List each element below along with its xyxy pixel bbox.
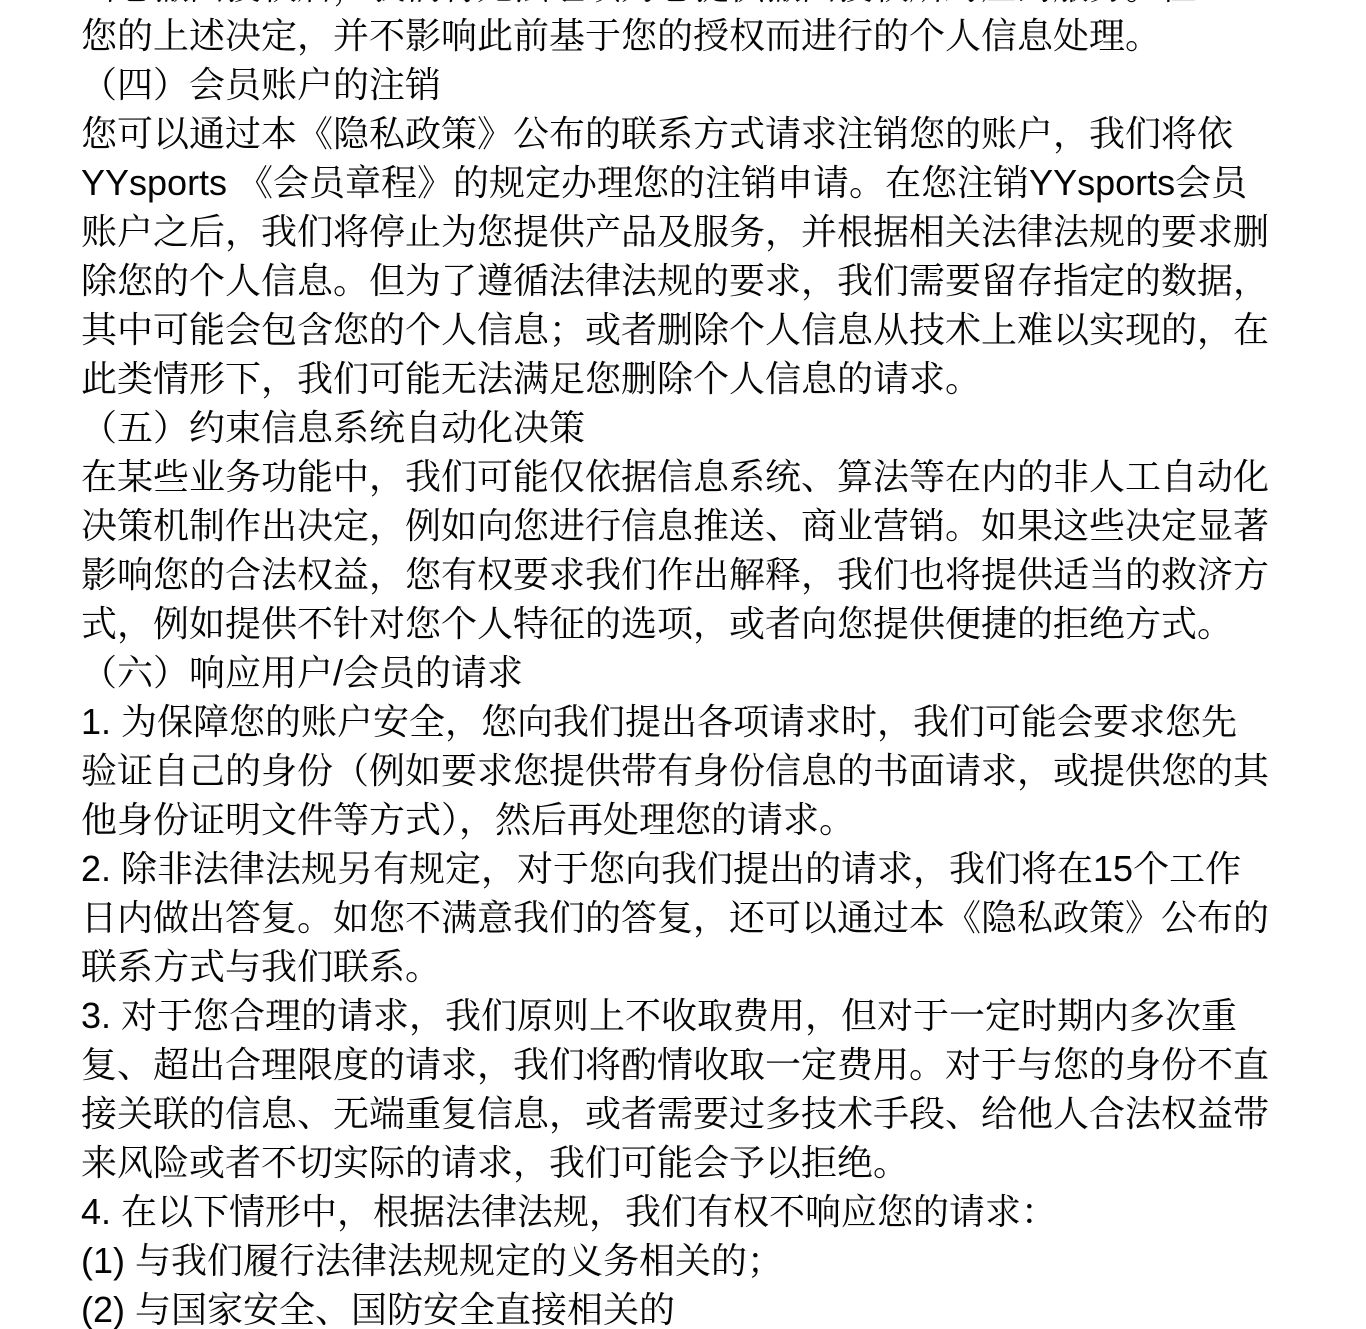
- text-line-body: 复、超出合理限度的请求，我们将酌情收取一定费用。对于与您的身份不直: [81, 1040, 1336, 1089]
- text-line-body: 日内做出答复。如您不满意我们的答复，还可以通过本《隐私政策》公布的: [81, 893, 1336, 942]
- text-line-body: 1. 为保障您的账户安全，您向我们提出各项请求时，我们可能会要求您先: [81, 697, 1336, 746]
- text-line-body: 接关联的信息、无端重复信息，或者需要过多技术手段、给他人合法权益带: [81, 1089, 1336, 1138]
- text-line-body: 2. 除非法律法规另有规定，对于您向我们提出的请求，我们将在15个工作: [81, 844, 1336, 893]
- text-line-body: 3. 对于您合理的请求，我们原则上不收取费用，但对于一定时期内多次重: [81, 991, 1336, 1040]
- text-line-body: 除您的个人信息。但为了遵循法律法规的要求，我们需要留存指定的数据，: [81, 256, 1336, 305]
- privacy-policy-page: 当您撤回授权后，我们将无法继续为您提供撤回授权所对应的服务。但您的上述决定，并不…: [0, 0, 1366, 1329]
- text-line-body: 4. 在以下情形中，根据法律法规，我们有权不响应您的请求：: [81, 1187, 1336, 1236]
- text-line-body: 影响您的合法权益，您有权要求我们作出解释，我们也将提供适当的救济方: [81, 550, 1336, 599]
- text-line-body: 式，例如提供不针对您个人特征的选项，或者向您提供便捷的拒绝方式。: [81, 599, 1336, 648]
- text-line-body: 此类情形下，我们可能无法满足您删除个人信息的请求。: [81, 354, 1336, 403]
- text-line-body: 验证自己的身份（例如要求您提供带有身份信息的书面请求，或提供您的其: [81, 746, 1336, 795]
- text-line-body: 来风险或者不切实际的请求，我们可能会予以拒绝。: [81, 1138, 1336, 1187]
- policy-text-flow: 当您撤回授权后，我们将无法继续为您提供撤回授权所对应的服务。但您的上述决定，并不…: [0, 0, 1366, 1329]
- text-line-body: 联系方式与我们联系。: [81, 942, 1336, 991]
- text-line-body: 在某些业务功能中，我们可能仅依据信息系统、算法等在内的非人工自动化: [81, 452, 1336, 501]
- text-line-body: YYsports 《会员章程》的规定办理您的注销申请。在您注销YYsports会…: [81, 158, 1336, 207]
- text-line-body: 其中可能会包含您的个人信息；或者删除个人信息从技术上难以实现的，在: [81, 305, 1336, 354]
- text-line-body: 账户之后，我们将停止为您提供产品及服务，并根据相关法律法规的要求删: [81, 207, 1336, 256]
- text-line-body: (1) 与我们履行法律法规规定的义务相关的；: [81, 1236, 1336, 1285]
- text-line-heading: （六）响应用户/会员的请求: [81, 648, 1336, 697]
- text-line-body-partial-top: 当您撤回授权后，我们将无法继续为您提供撤回授权所对应的服务。但: [81, 0, 1336, 11]
- text-line-heading: （五）约束信息系统自动化决策: [81, 403, 1336, 452]
- text-line-heading: （四）会员账户的注销: [81, 60, 1336, 109]
- text-line-body: 您可以通过本《隐私政策》公布的联系方式请求注销您的账户，我们将依: [81, 109, 1336, 158]
- text-line-body: 他身份证明文件等方式），然后再处理您的请求。: [81, 795, 1336, 844]
- text-line-body-partial-bottom: (2) 与国家安全、国防安全直接相关的: [81, 1285, 1336, 1329]
- text-line-body: 您的上述决定，并不影响此前基于您的授权而进行的个人信息处理。: [81, 11, 1336, 60]
- text-line-body: 决策机制作出决定，例如向您进行信息推送、商业营销。如果这些决定显著: [81, 501, 1336, 550]
